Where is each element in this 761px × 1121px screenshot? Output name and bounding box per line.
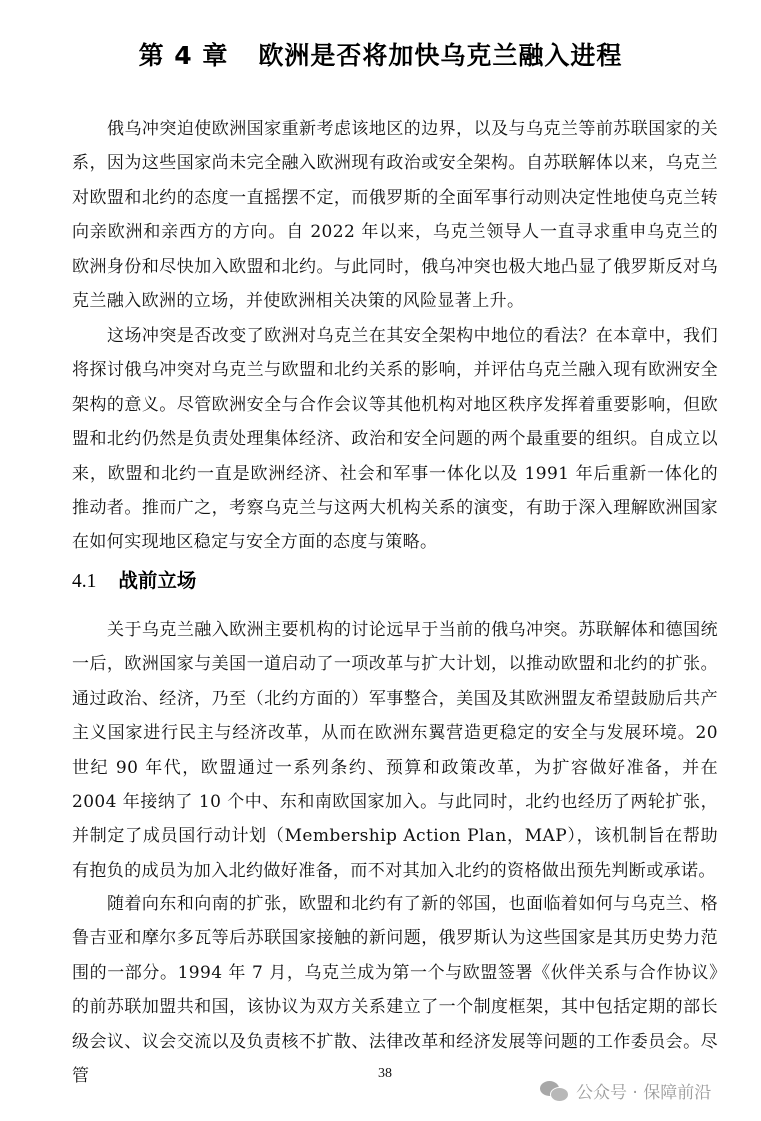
- chapter-number: 第 4 章: [139, 41, 229, 70]
- intro-paragraph-2: 这场冲突是否改变了欧洲对乌克兰在其安全架构中地位的看法？在本章中，我们将探讨俄乌…: [72, 319, 718, 560]
- wechat-icon: [540, 1081, 570, 1101]
- intro-paragraph-1: 俄乌冲突迫使欧洲国家重新考虑该地区的边界，以及与乌克兰等前苏联国家的关系，因为这…: [72, 112, 718, 318]
- section-number: 4.1: [72, 571, 96, 592]
- section-paragraph-1: 关于乌克兰融入欧洲主要机构的讨论远早于当前的俄乌冲突。苏联解体和德国统一后，欧洲…: [72, 613, 718, 888]
- chapter-title: 第 4 章欧洲是否将加快乌克兰融入进程: [0, 36, 761, 72]
- chapter-title-text: 欧洲是否将加快乌克兰融入进程: [258, 41, 622, 70]
- watermark: 公众号 · 保障前沿: [540, 1078, 711, 1103]
- section-heading: 4.1战前立场: [72, 565, 196, 593]
- page-number: 38: [378, 1066, 392, 1082]
- watermark-text: 公众号 · 保障前沿: [576, 1078, 711, 1103]
- section-title: 战前立场: [118, 569, 196, 592]
- section-paragraph-2: 随着向东和向南的扩张，欧盟和北约有了新的邻国，也面临着如何与乌克兰、格鲁吉亚和摩…: [72, 887, 718, 1093]
